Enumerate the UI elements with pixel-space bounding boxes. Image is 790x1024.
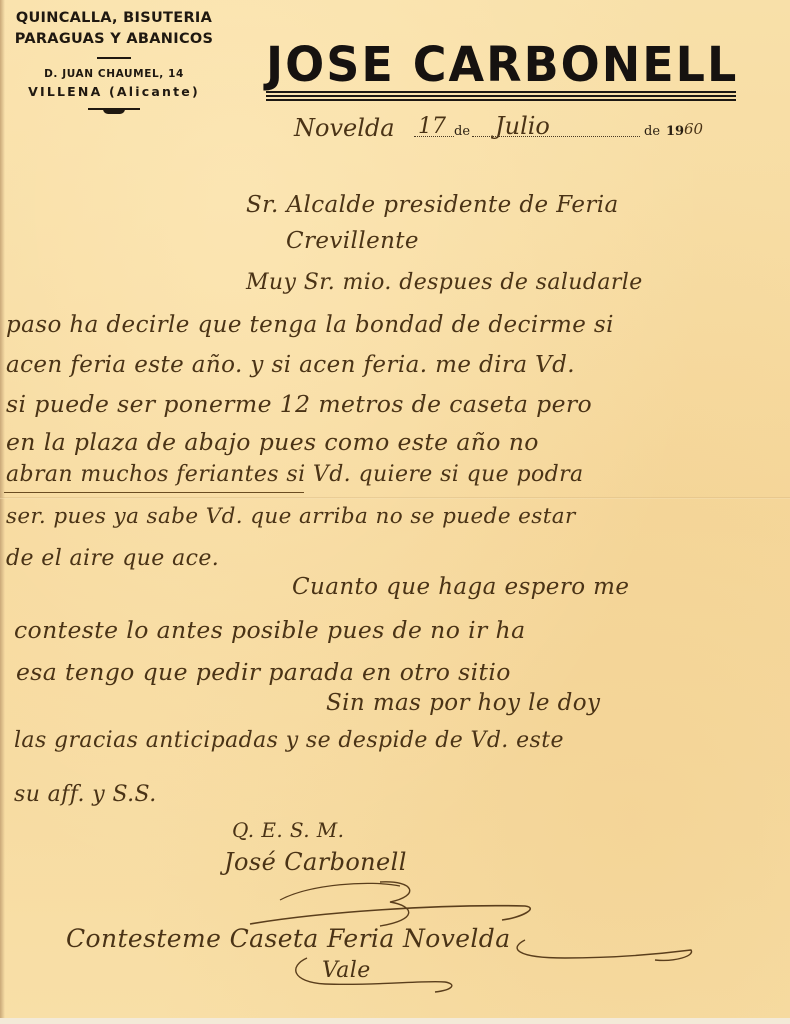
postscript-underline <box>505 936 705 966</box>
salutation-line-2: Crevillente <box>286 228 419 254</box>
paper-fold-crease <box>0 497 790 499</box>
paper-bottom-edge <box>0 1018 790 1024</box>
body-line: ser. pues ya sabe Vd. que arriba no se p… <box>6 504 576 529</box>
printed-de-1: de <box>454 124 470 139</box>
body-line: las gracias anticipadas y se despide de … <box>14 728 564 753</box>
signature-flourish <box>240 862 540 932</box>
dotted-rule <box>472 136 640 137</box>
printed-de-2: de <box>644 124 660 139</box>
body-line: Muy Sr. mio. despues de saludarle <box>246 270 643 295</box>
dotted-rule <box>414 136 454 137</box>
letterhead-ornament <box>88 108 140 110</box>
body-line: acen feria este año. y si acen feria. me… <box>6 352 575 378</box>
salutation-line-1: Sr. Alcalde presidente de Feria <box>246 192 619 218</box>
company-name: JOSE CARBONELL <box>266 37 738 92</box>
body-line: Sin mas por hoy le doy <box>326 690 600 716</box>
date-line: Novelda 17 de Julio de 19 60 <box>290 112 730 146</box>
body-line: conteste lo antes posible pues de no ir … <box>14 616 526 644</box>
body-line: esa tengo que pedir parada en otro sitio <box>16 658 511 686</box>
body-line: Cuanto que haga espero me <box>292 574 629 600</box>
body-line: paso ha decirle que tenga la bondad de d… <box>6 312 614 338</box>
address-city: VILLENA (Alicante) <box>0 83 228 101</box>
ink-underline <box>4 492 304 493</box>
closing-abbreviation: Q. E. S. M. <box>232 818 344 842</box>
body-line: su aff. y S.S. <box>14 782 157 807</box>
postscript-line-1: Contesteme Caseta Feria Novelda <box>66 924 511 953</box>
trade-line-1: QUINCALLA, BISUTERIA <box>0 8 228 29</box>
letterhead-triple-rule <box>266 91 736 103</box>
postscript-vale-flourish <box>285 954 465 994</box>
body-line: si puede ser ponerme 12 metros de caseta… <box>6 390 592 418</box>
trade-line-2: PARAGUAS Y ABANICOS <box>0 29 228 50</box>
paper-edge <box>0 0 5 1024</box>
date-year-printed: 19 <box>666 124 684 139</box>
date-place: Novelda <box>294 114 395 142</box>
body-line: en la plaza de abajo pues como este año … <box>6 428 539 456</box>
date-year-handwritten: 60 <box>684 120 703 138</box>
body-line: de el aire que ace. <box>6 546 219 571</box>
address-street: D. JUAN CHAUMEL, 14 <box>0 65 228 83</box>
body-line: abran muchos feriantes si Vd. quiere si … <box>6 462 584 487</box>
letterhead-business-block: QUINCALLA, BISUTERIA PARAGUAS Y ABANICOS… <box>0 8 228 110</box>
letterhead-divider <box>97 57 131 59</box>
